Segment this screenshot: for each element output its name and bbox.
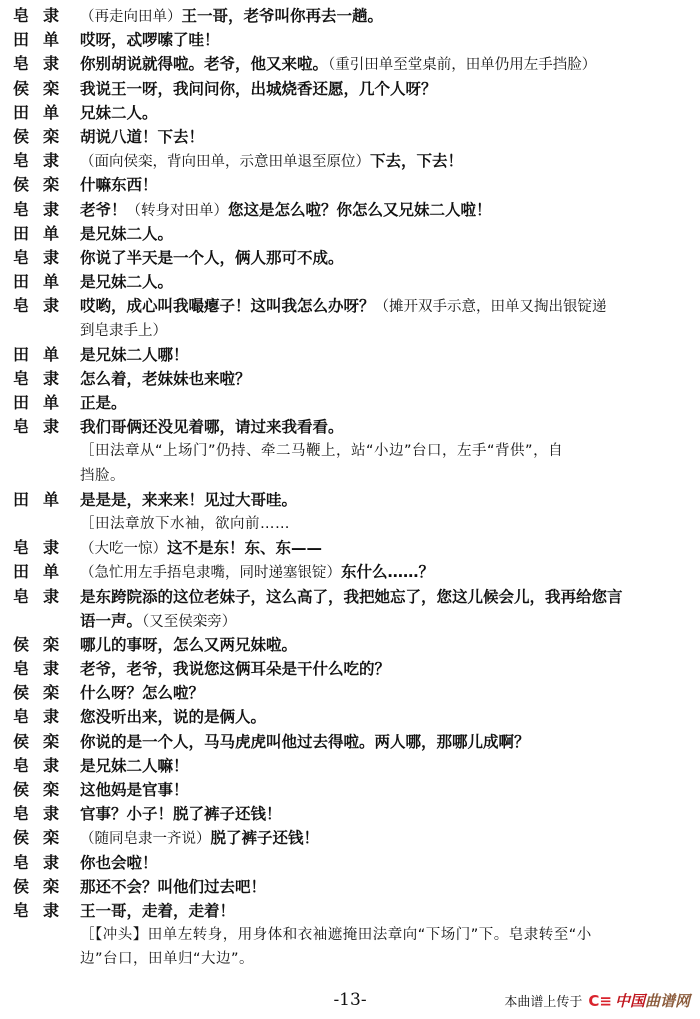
spoken-text: 语一声。 xyxy=(80,612,142,630)
dialogue-lines: 皂隶（再走向田单）王一哥，老爷叫你再去一趟。田单哎呀，忒啰嗦了哇！皂隶你别胡说就… xyxy=(0,4,700,972)
dialogue-line: 侯栾胡说八道！下去！ xyxy=(0,125,700,149)
stage-direction: （重引田单至堂桌前，田单仍用左手挡脸） xyxy=(328,57,596,73)
logo-mark-icon: C≡ xyxy=(588,992,612,1010)
dialogue-line: 侯栾这他妈是官事！ xyxy=(0,778,700,802)
dialogue-line: 皂隶是东跨院添的这位老妹子，这么高了，我把她忘了，您这儿候会儿，我再给您言 xyxy=(0,585,700,609)
speaker-name: 侯栾 xyxy=(13,77,73,101)
spoken-text: 是东跨院添的这位老妹子，这么高了，我把她忘了，您这儿候会儿，我再给您言 xyxy=(80,588,623,606)
dialogue-line: 皂隶王一哥，走着，走着！ xyxy=(0,899,700,923)
speaker-name: 皂隶 xyxy=(13,705,73,729)
speaker-name: 侯栾 xyxy=(13,875,73,899)
spoken-text: 脱了裤子还钱！ xyxy=(211,829,320,847)
stage-direction: （转身对田单） xyxy=(127,203,229,219)
dialogue-line: 皂隶你别胡说就得啦。老爷，他又来啦。（重引田单至堂桌前，田单仍用左手挡脸） xyxy=(0,52,700,76)
dialogue-line: 田单是是是，来来来！见过大哥哇。 xyxy=(0,488,700,512)
stage-direction-line: 挡脸。 xyxy=(0,464,700,488)
stage-direction-line: 边”台口，田单归“大边”。 xyxy=(0,947,700,971)
speaker-name: 皂隶 xyxy=(13,198,73,222)
speaker-name: 皂隶 xyxy=(13,657,73,681)
speaker-name: 侯栾 xyxy=(13,681,73,705)
spoken-text: 正是。 xyxy=(80,394,127,412)
spoken-text: 你别胡说就得啦。老爷，他又来啦。 xyxy=(80,55,328,73)
speaker-name: 田单 xyxy=(13,101,73,125)
watermark: 本曲谱上传于 C≡ 中国 曲谱网 xyxy=(504,990,690,1011)
line-text: （再走向田单）王一哥，老爷叫你再去一趟。 xyxy=(80,4,383,29)
line-text: 那还不会？叫他们过去吧！ xyxy=(80,875,266,899)
spoken-text: 那还不会？叫他们过去吧！ xyxy=(80,878,266,896)
dialogue-line: 皂隶（大吃一惊）这不是东！东、东—— xyxy=(0,536,700,560)
spoken-text: 哎呀，忒啰嗦了哇！ xyxy=(80,31,220,49)
line-text: 语一声。（又至侯栾旁） xyxy=(80,609,236,634)
line-text: 是兄妹二人。 xyxy=(80,222,173,246)
line-text: 王一哥，走着，走着！ xyxy=(80,899,235,923)
dialogue-line: 侯栾哪儿的事呀，怎么又两兄妹啦。 xyxy=(0,633,700,657)
speaker-name: 田单 xyxy=(13,343,73,367)
stage-direction-line: ［田法章放下水袖，欲向前…… xyxy=(0,512,700,536)
line-text: 哎哟，成心叫我嘬瘪子！这叫我怎么办呀？（摊开双手示意，田单又掏出银锭递 xyxy=(80,294,607,319)
dialogue-line: 皂隶您没听出来，说的是俩人。 xyxy=(0,705,700,729)
line-text: （面向侯栾，背向田单，示意田单退至原位）下去，下去！ xyxy=(80,149,463,174)
speaker-name: 皂隶 xyxy=(13,4,73,28)
stage-direction: （急忙用左手捂皂隶嘴，同时递塞银锭） xyxy=(80,565,341,581)
spoken-text: 哪儿的事呀，怎么又两兄妹啦。 xyxy=(80,636,297,654)
line-text: 老爷！（转身对田单）您这是怎么啦？你怎么又兄妹二人啦！ xyxy=(80,198,492,223)
speaker-name: 皂隶 xyxy=(13,149,73,173)
spoken-text: 王一哥，老爷叫你再去一趟。 xyxy=(182,7,384,25)
dialogue-line: 皂隶我们哥俩还没见着哪，请过来我看看。 xyxy=(0,415,700,439)
speaker-name: 田单 xyxy=(13,560,73,584)
spoken-text: 什嘛东西！ xyxy=(80,176,158,194)
site-logo: C≡ 中国 曲谱网 xyxy=(588,990,690,1011)
speaker-name: 田单 xyxy=(13,222,73,246)
dialogue-line: 皂隶是兄妹二人嘛！ xyxy=(0,754,700,778)
speaker-name: 皂隶 xyxy=(13,851,73,875)
speaker-name: 侯栾 xyxy=(13,778,73,802)
line-text: 你别胡说就得啦。老爷，他又来啦。（重引田单至堂桌前，田单仍用左手挡脸） xyxy=(80,52,596,77)
speaker-name: 皂隶 xyxy=(13,415,73,439)
speaker-name: 皂隶 xyxy=(13,536,73,560)
line-text: 挡脸。 xyxy=(80,464,125,488)
line-text: 哎呀，忒啰嗦了哇！ xyxy=(80,28,220,52)
spoken-text: 是兄妹二人嘛！ xyxy=(80,757,189,775)
spoken-text: 挡脸。 xyxy=(80,468,125,484)
speaker-name: 皂隶 xyxy=(13,367,73,391)
dialogue-line: 侯栾你说的是一个人，马马虎虎叫他过去得啦。两人哪，那哪儿成啊？ xyxy=(0,730,700,754)
line-text: 哪儿的事呀，怎么又两兄妹啦。 xyxy=(80,633,297,657)
speaker-name: 田单 xyxy=(13,28,73,52)
spoken-text: 您这是怎么啦？你怎么又兄妹二人啦！ xyxy=(228,201,492,219)
dialogue-line: 侯栾（随同皂隶一齐说）脱了裤子还钱！ xyxy=(0,826,700,850)
dialogue-line: 田单正是。 xyxy=(0,391,700,415)
dialogue-line: 皂隶老爷！（转身对田单）您这是怎么啦？你怎么又兄妹二人啦！ xyxy=(0,198,700,222)
spoken-text: 什么呀？怎么啦？ xyxy=(80,684,204,702)
dialogue-line: 田单（急忙用左手捂皂隶嘴，同时递塞银锭）东什么……？ xyxy=(0,560,700,584)
line-text: 胡说八道！下去！ xyxy=(80,125,204,149)
speaker-name: 皂隶 xyxy=(13,294,73,318)
spoken-text: 官事？小子！脱了裤子还钱！ xyxy=(80,805,282,823)
spoken-text: 您没听出来，说的是俩人。 xyxy=(80,708,266,726)
spoken-text: 我们哥俩还没见着哪，请过来我看看。 xyxy=(80,418,344,436)
spoken-text: 这不是东！东、东—— xyxy=(167,539,322,557)
dialogue-line: 侯栾那还不会？叫他们过去吧！ xyxy=(0,875,700,899)
speaker-name: 侯栾 xyxy=(13,730,73,754)
line-text: 是兄妹二人嘛！ xyxy=(80,754,189,778)
speaker-name: 田单 xyxy=(13,270,73,294)
spoken-text: 是兄妹二人。 xyxy=(80,225,173,243)
spoken-text: 哎哟，成心叫我嘬瘪子！这叫我怎么办呀？ xyxy=(80,297,375,315)
stage-direction: 到皂隶手上） xyxy=(80,323,167,339)
speaker-name: 侯栾 xyxy=(13,826,73,850)
speaker-name: 皂隶 xyxy=(13,246,73,270)
line-text: 什嘛东西！ xyxy=(80,173,158,197)
speaker-name: 侯栾 xyxy=(13,173,73,197)
line-text: 您没听出来，说的是俩人。 xyxy=(80,705,266,729)
line-text: 你说了半天是一个人，俩人那可不成。 xyxy=(80,246,344,270)
speaker-name: 侯栾 xyxy=(13,633,73,657)
line-text: 我们哥俩还没见着哪，请过来我看看。 xyxy=(80,415,344,439)
spoken-text: 你说的是一个人，马马虎虎叫他过去得啦。两人哪，那哪儿成啊？ xyxy=(80,733,530,751)
speaker-name: 田单 xyxy=(13,488,73,512)
line-text: ［田法章从“上场门”仍持、牵二马鞭上，站“小边”台口，左手“背供”，自 xyxy=(80,439,563,463)
spoken-text: 边”台口，田单归“大边”。 xyxy=(80,951,254,967)
line-text: 是兄妹二人。 xyxy=(80,270,173,294)
spoken-text: 东什么……？ xyxy=(341,563,434,581)
stage-direction: （又至侯栾旁） xyxy=(142,614,236,630)
dialogue-line: 皂隶老爷，老爷，我说您这俩耳朵是干什么吃的？ xyxy=(0,657,700,681)
stage-direction-line: ［田法章从“上场门”仍持、牵二马鞭上，站“小边”台口，左手“背供”，自 xyxy=(0,439,700,463)
speaker-name: 皂隶 xyxy=(13,585,73,609)
spoken-text: 兄妹二人。 xyxy=(80,104,158,122)
logo-text-b: 曲谱网 xyxy=(645,990,690,1011)
spoken-text: 怎么着，老妹妹也来啦？ xyxy=(80,370,251,388)
spoken-text: 胡说八道！下去！ xyxy=(80,128,204,146)
stage-direction-line: ［【冲头】田单左转身，用身体和衣袖遮掩田法章向“下场门”下。皂隶转至“小 xyxy=(0,923,700,947)
spoken-text: 我说王一呀，我问问你，出城烧香还愿，几个人呀？ xyxy=(80,80,437,98)
line-text: 什么呀？怎么啦？ xyxy=(80,681,204,705)
dialogue-line: 皂隶怎么着，老妹妹也来啦？ xyxy=(0,367,700,391)
dialogue-line: 皂隶哎哟，成心叫我嘬瘪子！这叫我怎么办呀？（摊开双手示意，田单又掏出银锭递 xyxy=(0,294,700,318)
line-text: （急忙用左手捂皂隶嘴，同时递塞银锭）东什么……？ xyxy=(80,560,434,585)
line-text: 你说的是一个人，马马虎虎叫他过去得啦。两人哪，那哪儿成啊？ xyxy=(80,730,530,754)
dialogue-line: 田单是兄妹二人。 xyxy=(0,270,700,294)
speaker-name: 皂隶 xyxy=(13,899,73,923)
spoken-text: 老爷，老爷，我说您这俩耳朵是干什么吃的？ xyxy=(80,660,390,678)
spoken-text: 你也会啦！ xyxy=(80,854,158,872)
continuation-line: 到皂隶手上） xyxy=(0,318,700,342)
spoken-text: ［田法章放下水袖，欲向前…… xyxy=(80,516,290,532)
speaker-name: 侯栾 xyxy=(13,125,73,149)
speaker-name: 皂隶 xyxy=(13,52,73,76)
speaker-name: 田单 xyxy=(13,391,73,415)
line-text: 到皂隶手上） xyxy=(80,318,167,343)
stage-direction: （面向侯栾，背向田单，示意田单退至原位） xyxy=(80,154,370,170)
line-text: 我说王一呀，我问问你，出城烧香还愿，几个人呀？ xyxy=(80,77,437,101)
line-text: 是是是，来来来！见过大哥哇。 xyxy=(80,488,297,512)
dialogue-line: 田单是兄妹二人。 xyxy=(0,222,700,246)
spoken-text: ［田法章从“上场门”仍持、牵二马鞭上，站“小边”台口，左手“背供”，自 xyxy=(80,443,563,459)
stage-direction: （摊开双手示意，田单又掏出银锭递 xyxy=(375,299,607,315)
spoken-text: 下去，下去！ xyxy=(370,152,463,170)
stage-direction: （再走向田单） xyxy=(80,9,182,25)
dialogue-line: 皂隶（再走向田单）王一哥，老爷叫你再去一趟。 xyxy=(0,4,700,28)
line-text: 这他妈是官事！ xyxy=(80,778,189,802)
dialogue-line: 皂隶你也会啦！ xyxy=(0,851,700,875)
spoken-text: 你说了半天是一个人，俩人那可不成。 xyxy=(80,249,344,267)
line-text: ［【冲头】田单左转身，用身体和衣袖遮掩田法章向“下场门”下。皂隶转至“小 xyxy=(80,923,592,947)
line-text: 是兄妹二人哪！ xyxy=(80,343,189,367)
dialogue-line: 侯栾我说王一呀，我问问你，出城烧香还愿，几个人呀？ xyxy=(0,77,700,101)
spoken-text: 是是是，来来来！见过大哥哇。 xyxy=(80,491,297,509)
stage-direction: （随同皂隶一齐说） xyxy=(80,831,211,847)
spoken-text: 老爷！ xyxy=(80,201,127,219)
dialogue-line: 田单是兄妹二人哪！ xyxy=(0,343,700,367)
logo-text-a: 中国 xyxy=(615,990,645,1011)
line-text: 你也会啦！ xyxy=(80,851,158,875)
line-text: 怎么着，老妹妹也来啦？ xyxy=(80,367,251,391)
dialogue-line: 皂隶你说了半天是一个人，俩人那可不成。 xyxy=(0,246,700,270)
spoken-text: ［【冲头】田单左转身，用身体和衣袖遮掩田法章向“下场门”下。皂隶转至“小 xyxy=(80,927,592,943)
spoken-text: 是兄妹二人。 xyxy=(80,273,173,291)
line-text: 兄妹二人。 xyxy=(80,101,158,125)
speaker-name: 皂隶 xyxy=(13,802,73,826)
line-text: 是东跨院添的这位老妹子，这么高了，我把她忘了，您这儿候会儿，我再给您言 xyxy=(80,585,623,609)
line-text: 边”台口，田单归“大边”。 xyxy=(80,947,254,971)
watermark-prefix: 本曲谱上传于 xyxy=(504,991,582,1010)
spoken-text: 王一哥，走着，走着！ xyxy=(80,902,235,920)
stage-direction: （大吃一惊） xyxy=(80,541,167,557)
line-text: 老爷，老爷，我说您这俩耳朵是干什么吃的？ xyxy=(80,657,390,681)
script-page: 皂隶（再走向田单）王一哥，老爷叫你再去一趟。田单哎呀，忒啰嗦了哇！皂隶你别胡说就… xyxy=(0,0,700,1019)
line-text: 官事？小子！脱了裤子还钱！ xyxy=(80,802,282,826)
spoken-text: 是兄妹二人哪！ xyxy=(80,346,189,364)
dialogue-line: 田单兄妹二人。 xyxy=(0,101,700,125)
line-text: ［田法章放下水袖，欲向前…… xyxy=(80,512,290,536)
dialogue-line: 皂隶官事？小子！脱了裤子还钱！ xyxy=(0,802,700,826)
dialogue-line: 侯栾什嘛东西！ xyxy=(0,173,700,197)
continuation-line: 语一声。（又至侯栾旁） xyxy=(0,609,700,633)
speaker-name: 皂隶 xyxy=(13,754,73,778)
spoken-text: 这他妈是官事！ xyxy=(80,781,189,799)
dialogue-line: 侯栾什么呀？怎么啦？ xyxy=(0,681,700,705)
line-text: （大吃一惊）这不是东！东、东—— xyxy=(80,536,322,561)
line-text: （随同皂隶一齐说）脱了裤子还钱！ xyxy=(80,826,319,851)
dialogue-line: 皂隶（面向侯栾，背向田单，示意田单退至原位）下去，下去！ xyxy=(0,149,700,173)
dialogue-line: 田单哎呀，忒啰嗦了哇！ xyxy=(0,28,700,52)
line-text: 正是。 xyxy=(80,391,127,415)
